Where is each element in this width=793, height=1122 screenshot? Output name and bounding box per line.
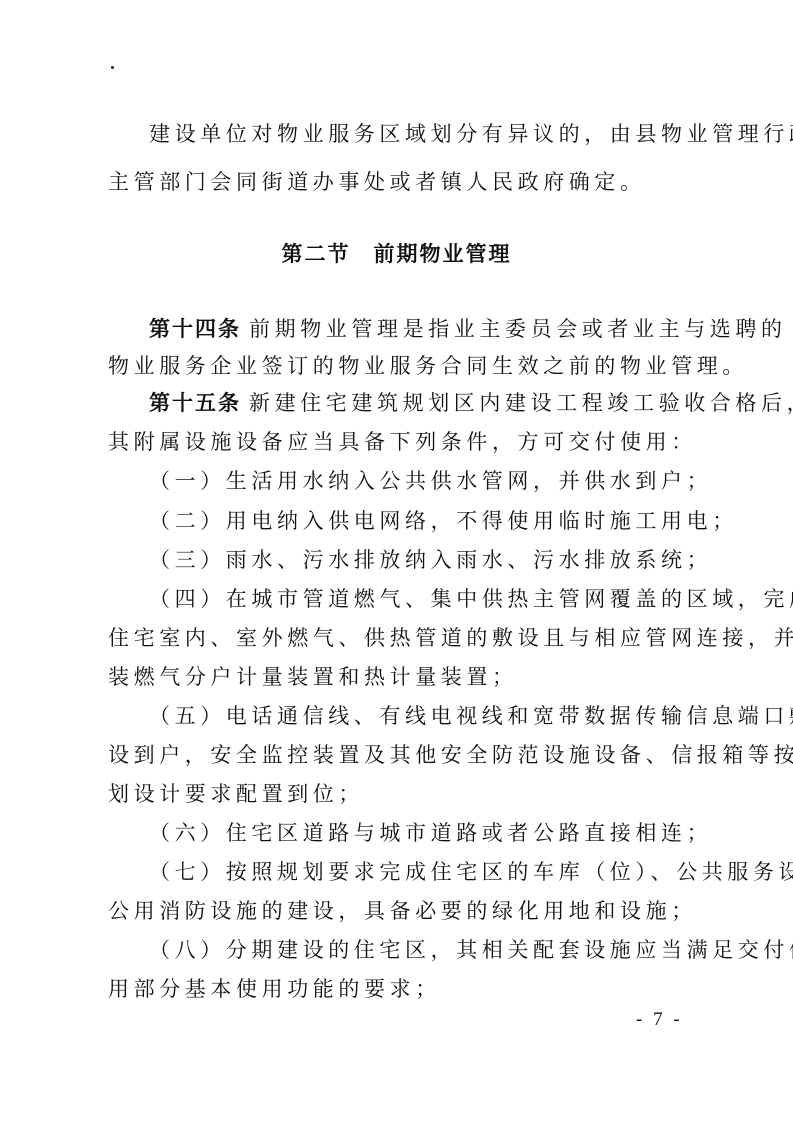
list-item-8-line-2: 用部分基本使用功能的要求； <box>108 975 708 1003</box>
list-item-5-line-2: 设到户，安全监控装置及其他安全防范设施设备、信报箱等按规 <box>108 741 708 769</box>
document-page: 建设单位对物业服务区域划分有异议的，由县物业管理行政 主管部门会同街道办事处或者… <box>0 0 793 1122</box>
stray-dot-mark <box>111 66 114 69</box>
list-item-1: （一）生活用水纳入公共供水管网，并供水到户； <box>149 467 749 495</box>
article-text: 新建住宅建筑规划区内建设工程竣工验收合格后， <box>249 391 793 415</box>
list-item-5-line-3: 划设计要求配置到位； <box>108 780 708 808</box>
article-15-line-1: 第十五条新建住宅建筑规划区内建设工程竣工验收合格后， <box>149 389 749 417</box>
list-item-2: （二）用电纳入供电网络，不得使用临时施工用电； <box>149 507 749 535</box>
list-item-4-line-3: 装燃气分户计量装置和热计量装置； <box>108 663 708 691</box>
article-15-line-2: 其附属设施设备应当具备下列条件，方可交付使用： <box>108 428 708 456</box>
list-item-4-line-1: （四）在城市管道燃气、集中供热主管网覆盖的区域，完成 <box>149 585 749 613</box>
list-item-4-line-2: 住宅室内、室外燃气、供热管道的敷设且与相应管网连接，并安 <box>108 624 708 652</box>
page-number: - 7 - <box>636 1008 683 1032</box>
list-item-5-line-1: （五）电话通信线、有线电视线和宽带数据传输信息端口敷 <box>149 702 749 730</box>
paragraph-line: 建设单位对物业服务区域划分有异议的，由县物业管理行政 <box>149 120 749 148</box>
article-number: 第十四条 <box>149 317 241 341</box>
article-14-line-2: 物业服务企业签订的物业服务合同生效之前的物业管理。 <box>108 352 708 380</box>
article-text: 前期物业管理是指业主委员会或者业主与选聘的 <box>249 317 787 341</box>
list-item-6: （六）住宅区道路与城市道路或者公路直接相连； <box>149 819 749 847</box>
article-14-line-1: 第十四条前期物业管理是指业主委员会或者业主与选聘的 <box>149 315 749 343</box>
list-item-8-line-1: （八）分期建设的住宅区，其相关配套设施应当满足交付使 <box>149 936 749 964</box>
paragraph-line: 主管部门会同街道办事处或者镇人民政府确定。 <box>108 168 708 196</box>
article-number: 第十五条 <box>149 391 241 415</box>
section-title: 第二节 前期物业管理 <box>0 240 793 268</box>
list-item-7-line-2: 公用消防设施的建设，具备必要的绿化用地和设施； <box>108 897 708 925</box>
list-item-3: （三）雨水、污水排放纳入雨水、污水排放系统； <box>149 546 749 574</box>
list-item-7-line-1: （七）按照规划要求完成住宅区的车库（位）、公共服务设施、 <box>149 858 749 886</box>
